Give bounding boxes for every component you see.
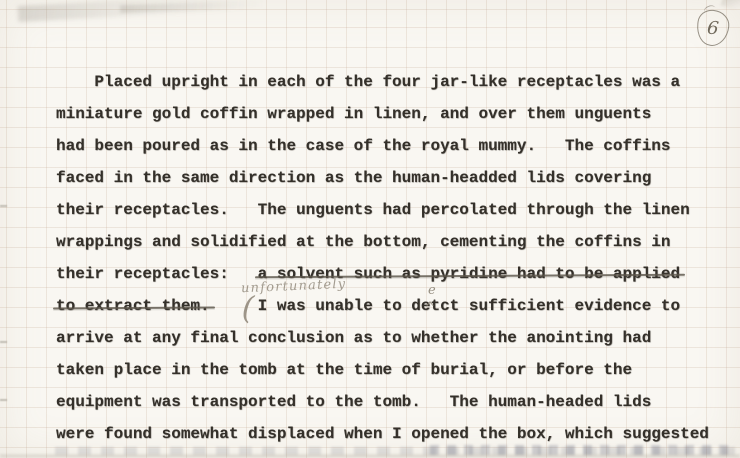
page-number-circled: 6 [695,8,731,47]
left-edge-mark [0,399,7,401]
typed-text-segment: Placed upright in each of the four jar-l… [56,73,680,91]
typed-text-segment: faced in the same direction as the human… [56,169,651,187]
bottom-edge-shadow [0,454,740,458]
typescript-block: Placed upright in each of the four jar-l… [56,66,709,450]
typescript-line: to extract them. I was unable to detct s… [56,290,709,322]
struck-text-segment: to extract them. [56,297,210,315]
top-edge-crease-smudge [18,0,249,22]
typed-text-segment: miniature gold coffin wrapped in linen, … [56,105,651,123]
typescript-line: their receptacles: a solvent such as pyr… [56,258,709,290]
typescript-line: were found somewhat displaced when I ope… [56,418,709,450]
manuscript-page: 6 Placed upright in each of the four jar… [0,0,740,458]
typescript-line: equipment was transported to the tomb. T… [56,386,709,418]
typescript-line: arrive at any final conclusion as to whe… [56,322,709,354]
handwritten-caret-mark: ^ [425,298,435,318]
typed-text-segment: equipment was transported to the tomb. T… [56,393,651,411]
typed-text-segment: their receptacles. The unguents had perc… [56,201,690,219]
handwritten-insertion-bracket: ( [241,291,255,327]
typed-text-segment: wrappings and solidified at the bottom, … [56,233,671,251]
typescript-line: miniature gold coffin wrapped in linen, … [56,98,709,130]
typescript-line: taken place in the tomb at the time of b… [56,354,709,386]
typed-text-segment: I was unable to detct sufficient evidenc… [258,297,680,315]
typed-text-segment: had been poured as in the case of the ro… [56,137,671,155]
handwritten-inserted-letter: e [428,283,436,298]
left-edge-mark [0,205,7,207]
typescript-line: their receptacles. The unguents had perc… [56,194,709,226]
typescript-line: had been poured as in the case of the ro… [56,130,709,162]
left-edge-mark [0,341,7,343]
corner-fold-smudge [720,0,740,14]
typescript-line: Placed upright in each of the four jar-l… [56,66,709,98]
typed-text-segment: taken place in the tomb at the time of b… [56,361,632,379]
typed-text-segment: their receptacles: [56,265,258,283]
page-number-label: 6 [706,17,720,39]
typed-text-segment: were found somewhat displaced when I ope… [56,425,709,443]
typescript-line: faced in the same direction as the human… [56,162,709,194]
typed-text-segment: arrive at any final conclusion as to whe… [56,329,651,347]
typescript-line: wrappings and solidified at the bottom, … [56,226,709,258]
top-edge-crease-smudge [120,0,300,13]
